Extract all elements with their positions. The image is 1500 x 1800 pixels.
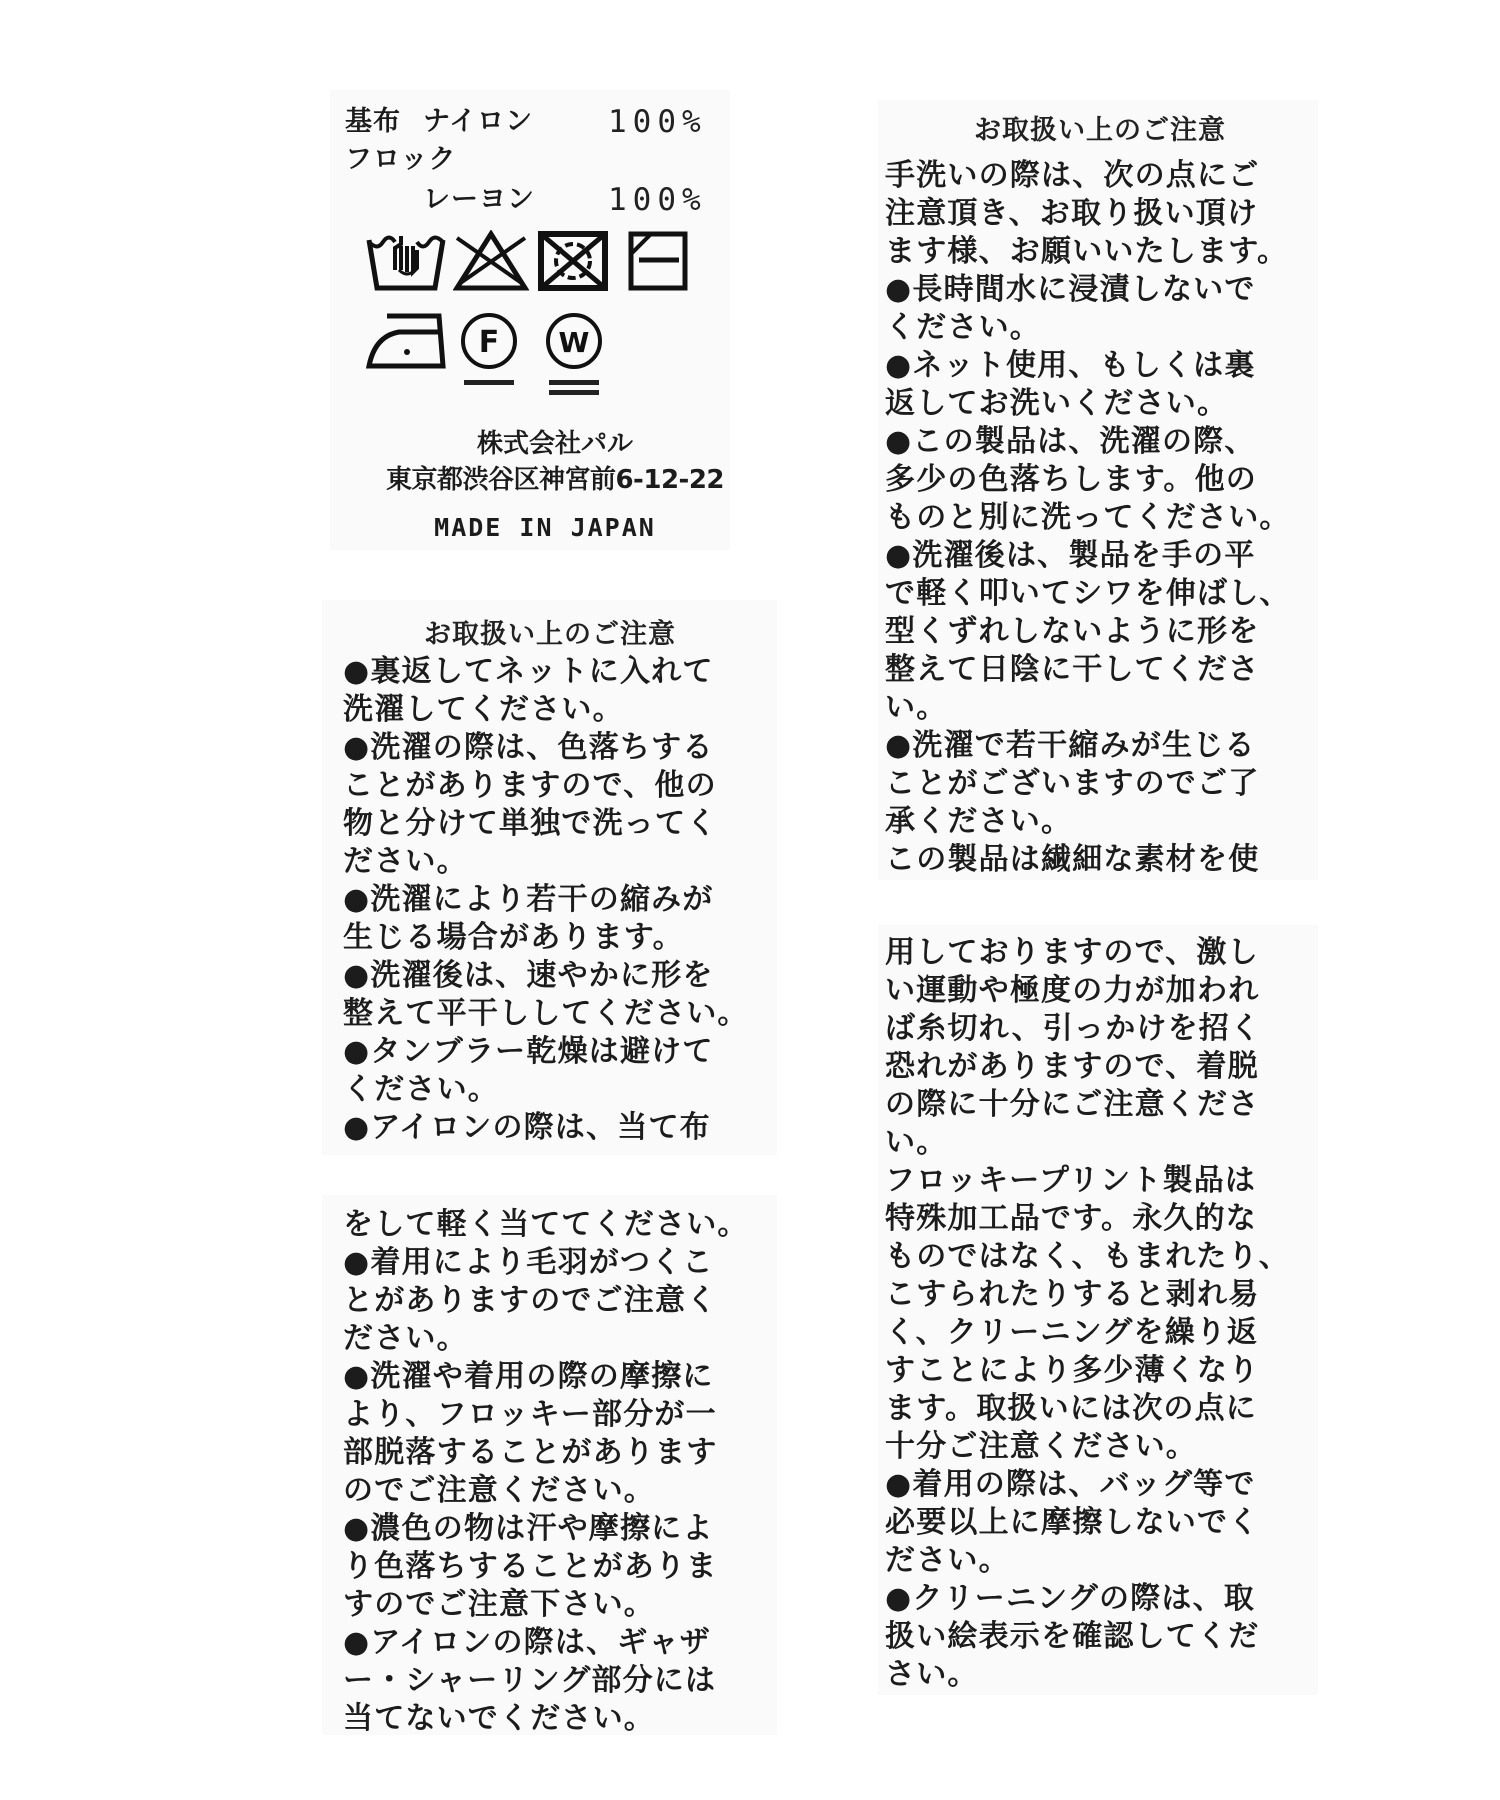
line-dry-shade-icon bbox=[627, 230, 689, 292]
caution-line: ください。 bbox=[885, 309, 1041, 347]
caution-line: ●洗濯や着用の際の摩擦に bbox=[343, 1358, 714, 1396]
caution-line: さい。 bbox=[885, 1656, 979, 1694]
composition-percent-rayon: 100% bbox=[608, 182, 707, 218]
caution-line: い。 bbox=[885, 1124, 947, 1162]
caution-line: ●着用の際は、バッグ等で bbox=[885, 1466, 1256, 1504]
hand-wash-icon bbox=[365, 230, 447, 292]
caution-line: すことにより多少薄くなり bbox=[885, 1352, 1259, 1390]
caution-line: ださい。 bbox=[343, 1320, 468, 1358]
caution-line: い運動や極度の力が加われ bbox=[885, 972, 1259, 1010]
caution-line: く、クリーニングを繰り返 bbox=[885, 1314, 1258, 1352]
composition-percent-nylon: 100% bbox=[608, 104, 707, 140]
caution-line: 生じる場合があります。 bbox=[343, 919, 684, 957]
composition-part-base: 基布 bbox=[345, 106, 401, 138]
caution-line: ●この製品は、洗濯の際、 bbox=[885, 423, 1256, 461]
caution-line: ●アイロンの際は、ギャザ bbox=[343, 1624, 711, 1662]
caution-line: い。 bbox=[885, 689, 947, 727]
caution-line: ー・シャーリング部分には bbox=[343, 1662, 716, 1700]
svg-text:W: W bbox=[559, 326, 590, 359]
no-tumble-dry-icon bbox=[537, 230, 609, 292]
caution-line: 扱い絵表示を確認してくだ bbox=[885, 1618, 1259, 1656]
caution-line: 用しておりますので、激し bbox=[885, 934, 1259, 972]
caution-line: ●ネット使用、もしくは裏 bbox=[885, 347, 1256, 385]
caution-line: ます。取扱いには次の点に bbox=[885, 1390, 1257, 1428]
iron-low-icon bbox=[365, 312, 447, 372]
caution-line: フロッキープリント製品は bbox=[885, 1162, 1256, 1200]
caution-line: すのでご注意下さい。 bbox=[343, 1586, 655, 1624]
caution-line: ものではなく、もまれたり、 bbox=[885, 1238, 1290, 1276]
dry-clean-f-mild-icon: F bbox=[458, 310, 520, 400]
caution-line: ●クリーニングの際は、取 bbox=[885, 1580, 1255, 1618]
caution-line: ください。 bbox=[343, 1071, 499, 1109]
caution-line: ●着用により毛羽がつくこ bbox=[343, 1244, 714, 1282]
caution-line: ●裏返してネットに入れて bbox=[343, 653, 714, 691]
composition-material-nylon: ナイロン bbox=[423, 106, 533, 138]
no-bleach-icon bbox=[453, 230, 529, 292]
caution-line: ●長時間水に浸漬しないで bbox=[885, 271, 1256, 309]
caution-line: 特殊加工品です。永久的な bbox=[885, 1200, 1257, 1238]
caution-line: ●洗濯後は、製品を手の平 bbox=[885, 537, 1256, 575]
left-caution-heading: お取扱い上のご注意 bbox=[345, 618, 755, 652]
caution-line: の際に十分にご注意くださ bbox=[885, 1086, 1259, 1124]
caution-line: 承ください。 bbox=[885, 803, 1072, 841]
company-address: 東京都渋谷区神宮前6-12-22 bbox=[335, 464, 775, 496]
caution-line: より、フロッキー部分が一 bbox=[343, 1396, 717, 1434]
origin-label: MADE IN JAPAN bbox=[345, 512, 745, 544]
caution-line: 整えて日陰に干してくださ bbox=[885, 651, 1259, 689]
caution-line: 型くずれしないように形を bbox=[885, 613, 1259, 651]
composition-material-rayon: レーヨン bbox=[423, 184, 535, 216]
caution-line: 洗濯してください。 bbox=[343, 691, 624, 729]
caution-line: ●洗濯で若干縮みが生じる bbox=[885, 727, 1256, 765]
caution-line: で軽く叩いてシワを伸ばし、 bbox=[885, 575, 1291, 613]
caution-line: ●洗濯により若干の縮みが bbox=[343, 881, 714, 919]
composition-part-flock: フロック bbox=[345, 144, 456, 176]
caution-line: 物と分けて単独で洗ってく bbox=[343, 805, 717, 843]
caution-line: のでご注意ください。 bbox=[343, 1472, 655, 1510]
caution-line: ●濃色の物は汗や摩擦によ bbox=[343, 1510, 714, 1548]
company-name: 株式会社パル bbox=[345, 428, 765, 460]
caution-line: 恐れがありますので、着脱 bbox=[885, 1048, 1259, 1086]
caution-line: ことがありますので、他の bbox=[343, 767, 717, 805]
caution-line: 多少の色落ちします。他の bbox=[885, 461, 1257, 499]
caution-line: り色落ちすることがありま bbox=[343, 1548, 717, 1586]
caution-line: 返してお洗いください。 bbox=[885, 385, 1228, 423]
caution-line: ば糸切れ、引っかけを招く bbox=[885, 1010, 1261, 1048]
caution-line: とがありますのでご注意く bbox=[343, 1282, 717, 1320]
caution-line: ものと別に洗ってください。 bbox=[885, 499, 1291, 537]
caution-line: 手洗いの際は、次の点にご bbox=[885, 157, 1259, 195]
svg-text:F: F bbox=[479, 325, 500, 360]
caution-line: ●タンブラー乾燥は避けて bbox=[343, 1033, 714, 1071]
caution-line: この製品は繊細な素材を使 bbox=[885, 841, 1259, 879]
caution-line: ださい。 bbox=[343, 843, 468, 881]
caution-line: こすられたりすると剥れ易 bbox=[885, 1276, 1259, 1314]
caution-line: ●洗濯の際は、色落ちする bbox=[343, 729, 714, 767]
caution-line: をして軽く当ててください。 bbox=[343, 1206, 749, 1244]
caution-line: 当てないでください。 bbox=[343, 1700, 655, 1738]
caution-line: ●アイロンの際は、当て布 bbox=[343, 1109, 711, 1147]
caution-line: ださい。 bbox=[885, 1542, 1010, 1580]
caution-line: 必要以上に摩擦しないでく bbox=[885, 1504, 1259, 1542]
caution-line: 注意頂き、お取り扱い頂け bbox=[885, 195, 1258, 233]
right-caution-heading: お取扱い上のご注意 bbox=[900, 114, 1300, 148]
wet-clean-w-very-mild-icon: W bbox=[543, 310, 605, 410]
caution-line: ことがございますのでご了 bbox=[885, 765, 1259, 803]
caution-line: 整えて平干ししてください。 bbox=[343, 995, 749, 1033]
caution-line: 十分ご注意ください。 bbox=[885, 1428, 1197, 1466]
caution-line: ます様、お願いいたします。 bbox=[885, 233, 1288, 271]
caution-line: 部脱落することがあります bbox=[343, 1434, 717, 1472]
caution-line: ●洗濯後は、速やかに形を bbox=[343, 957, 714, 995]
